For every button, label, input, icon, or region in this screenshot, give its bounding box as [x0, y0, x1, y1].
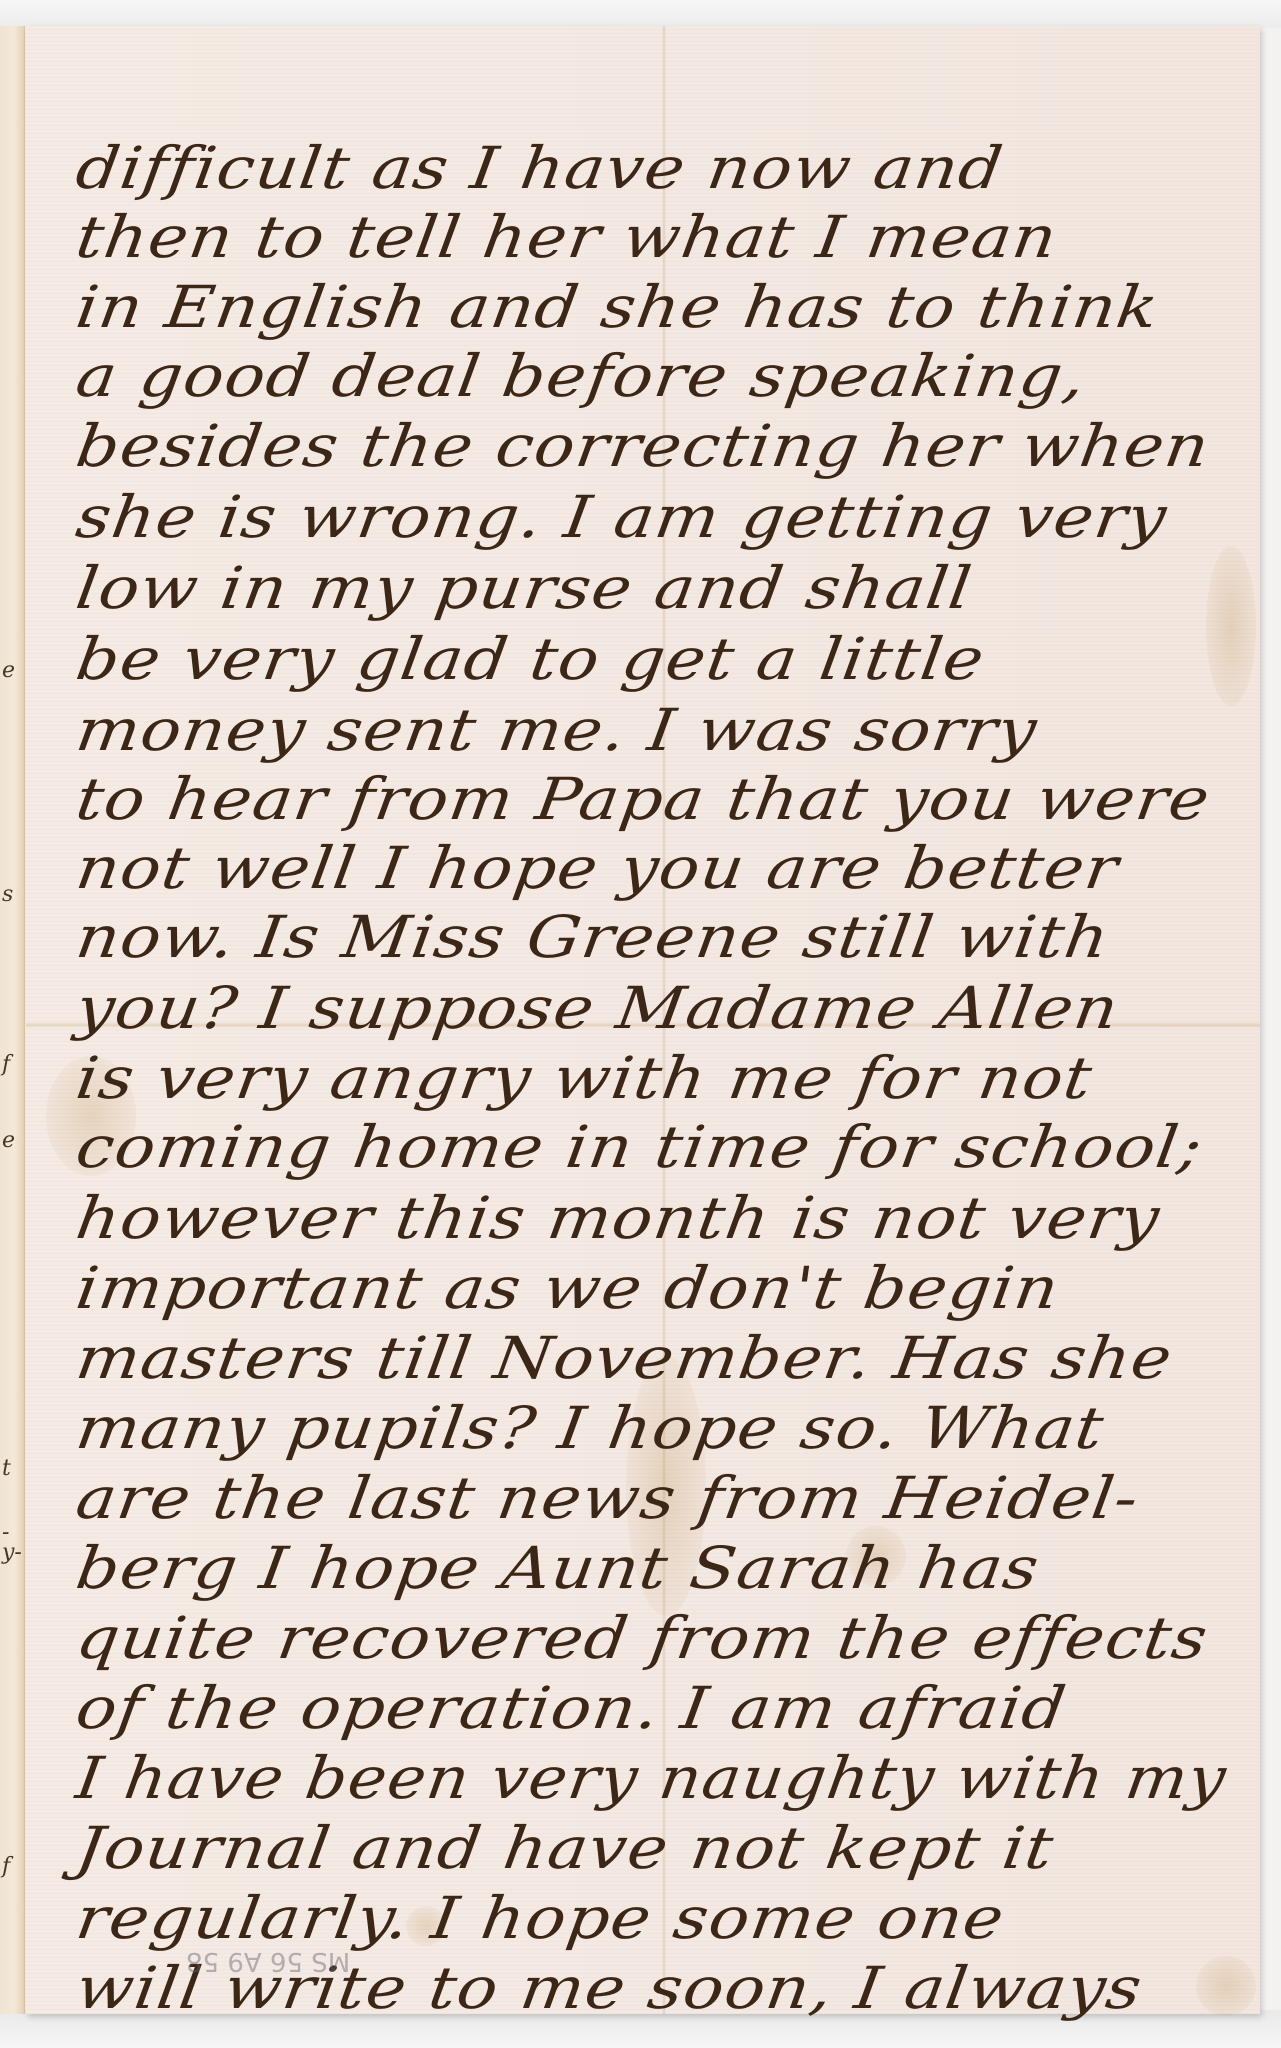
text-line: now. Is Miss Greene still with: [72, 903, 1114, 971]
text-line: not well I hope you are better: [72, 834, 1123, 902]
text-line: many pupils? I hope so. What: [72, 1394, 1109, 1462]
text-line: important as we don't begin: [72, 1254, 1064, 1322]
margin-fragment: e: [2, 660, 15, 682]
scan-backdrop-top: [0, 0, 1281, 28]
text-line: I have been very naughty with my: [72, 1744, 1231, 1812]
text-line: quite recovered from the effects: [72, 1604, 1212, 1672]
text-line: you? I suppose Madame Allen: [72, 974, 1123, 1042]
adjacent-page-text-fragments: e s f e t - y- f: [0, 26, 24, 2014]
margin-fragment: s: [2, 884, 13, 906]
text-line: however this month is not very: [72, 1184, 1164, 1252]
text-line: besides the correcting her when: [72, 412, 1214, 480]
text-line: coming home in time for school;: [72, 1113, 1207, 1181]
text-line: in English and she has to think: [72, 273, 1163, 341]
text-line: she is wrong. I am getting very: [72, 483, 1171, 551]
text-line: to hear from Papa that you were: [72, 765, 1215, 833]
text-line: be very glad to get a little: [72, 625, 989, 693]
text-line: difficult as I have now and: [72, 134, 1008, 202]
text-line: are the last news from Heidel-: [72, 1464, 1143, 1532]
text-line: then to tell her what I mean: [72, 203, 1062, 271]
text-line: Journal and have not kept it: [72, 1814, 1058, 1882]
pencil-catalog-annotation: MS 56 A9 58: [186, 1946, 350, 1976]
text-line: of the operation. I am afraid: [72, 1674, 1071, 1742]
text-line: is very angry with me for not: [72, 1044, 1097, 1112]
text-line: masters till November. Has she: [72, 1324, 1177, 1392]
margin-fragment: e: [2, 1130, 15, 1152]
text-line: low in my purse and shall: [72, 554, 976, 622]
foxing-stain: [1206, 546, 1256, 706]
margin-fragment: f: [2, 1856, 10, 1878]
text-line: regularly. I hope some one: [72, 1884, 1009, 1952]
text-line: money sent me. I was sorry: [72, 696, 1042, 764]
margin-fragment: t: [2, 1458, 11, 1480]
letter-page: difficult as I have now and then to tell…: [26, 26, 1260, 2014]
margin-fragment: f: [2, 1054, 10, 1076]
adjacent-page-edge: e s f e t - y- f: [0, 26, 25, 2014]
margin-fragment: y-: [2, 1542, 22, 1564]
text-line: berg I hope Aunt Sarah has: [72, 1534, 1044, 1602]
text-line: a good deal before speaking,: [72, 342, 1090, 410]
foxing-stain: [1196, 1956, 1256, 2016]
